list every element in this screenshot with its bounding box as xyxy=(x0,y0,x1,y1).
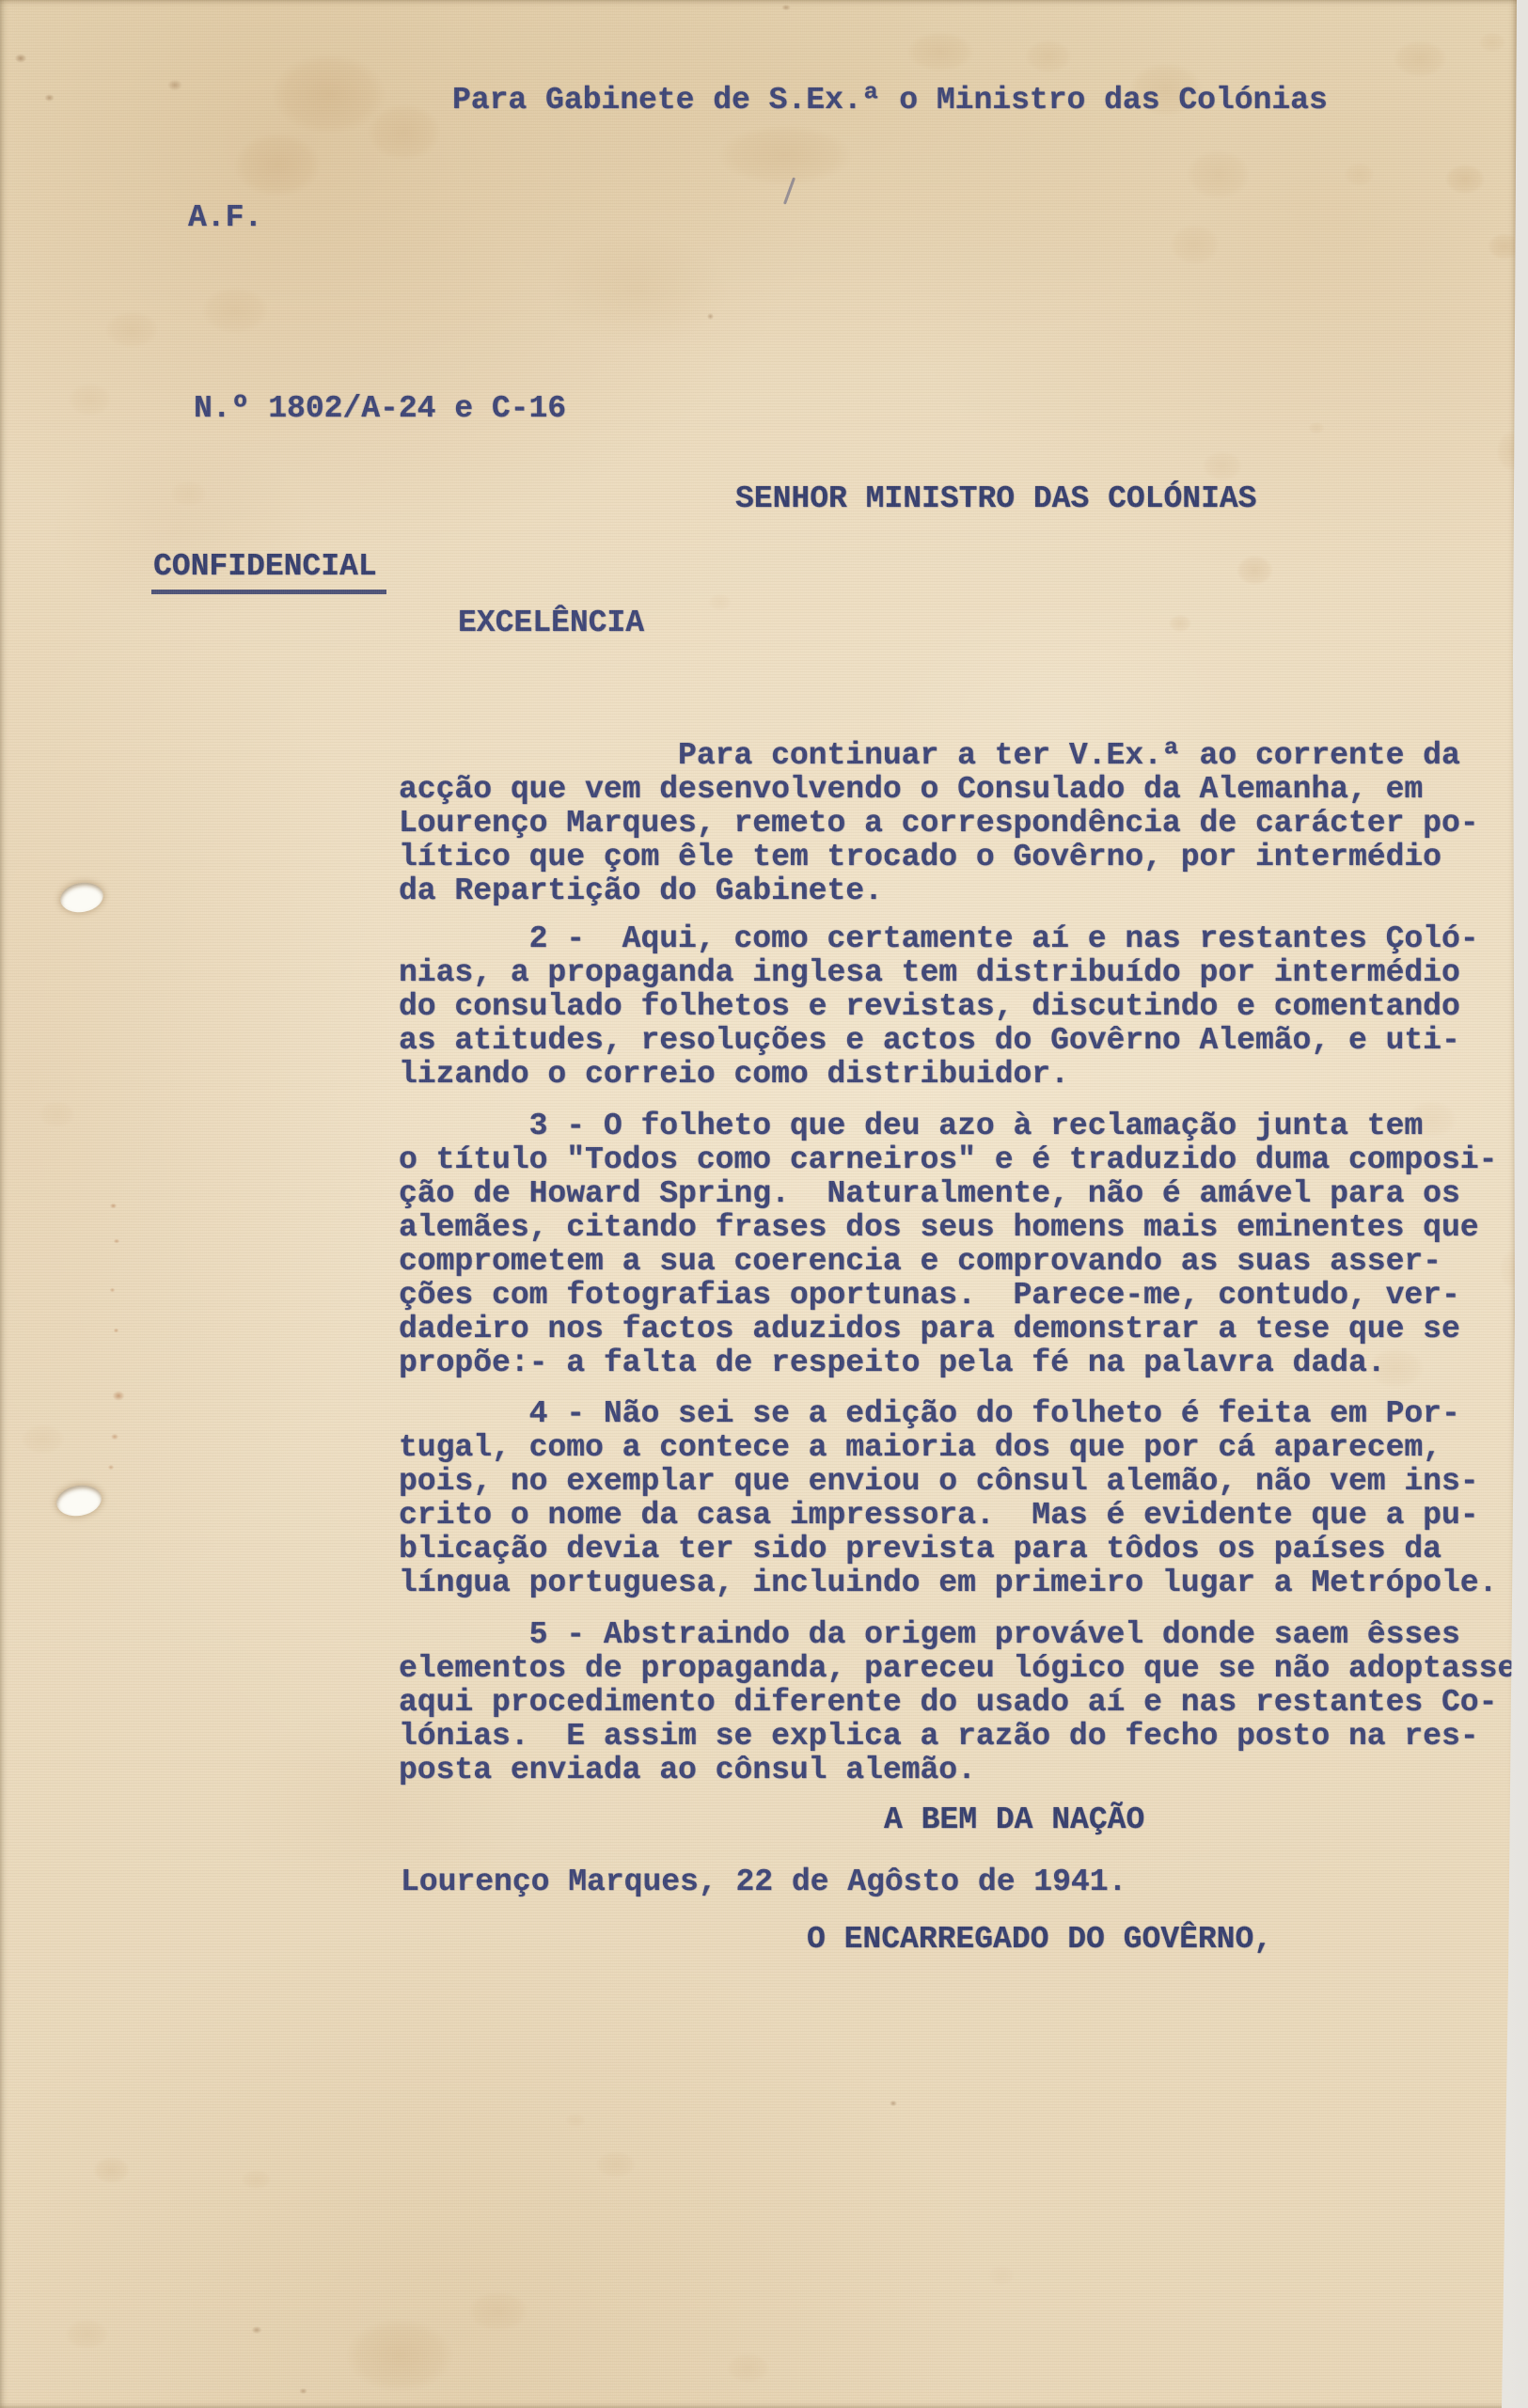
signature-line: O ENCARREGADO DO GOVÊRNO, xyxy=(807,1923,1272,1957)
ink-speck xyxy=(780,4,792,11)
paper-stain xyxy=(1159,216,1230,273)
ink-speck xyxy=(43,93,55,102)
punch-hole-top xyxy=(58,879,106,916)
paper-stain xyxy=(1164,611,1196,636)
paper-stain xyxy=(1437,158,1493,200)
ink-speck xyxy=(706,312,715,321)
paper-stain xyxy=(324,2304,475,2407)
rust-spot xyxy=(107,1464,115,1471)
paper-stain xyxy=(56,2313,118,2355)
paper-stain xyxy=(1493,1241,1528,1298)
rust-spot xyxy=(113,1238,120,1244)
paper-stain xyxy=(983,2261,1020,2290)
paper-stain xyxy=(691,113,879,197)
paper-stain xyxy=(1490,423,1528,480)
reference-number: N.º 1802/A-24 e C-16 xyxy=(194,392,566,426)
paragraph-1: Para continuar a ter V.Ex.ª ao corrente … xyxy=(399,739,1479,908)
paper-stain xyxy=(188,277,282,343)
paragraph-3: 3 - O folheto que deu azo à reclamação j… xyxy=(399,1110,1497,1380)
scanned-letter: Para Gabinete de S.Ex.ª o Ministro das C… xyxy=(0,0,1528,2408)
paragraph-5: 5 - Abstraindo da origem provável donde … xyxy=(399,1618,1516,1787)
paper-stain xyxy=(561,2111,590,2130)
salutation: EXCELÊNCIA xyxy=(458,606,644,640)
classification-stamp: CONFIDENCIAL xyxy=(153,550,386,584)
rust-spot xyxy=(111,1390,126,1402)
paper-stain xyxy=(1473,28,1511,56)
punch-hole-bottom xyxy=(55,1482,104,1519)
paper-stain xyxy=(1382,33,1457,85)
ink-speck xyxy=(165,78,184,92)
paragraph-4: 4 - Não sei se a edição do folheto é fei… xyxy=(399,1397,1497,1600)
paper-stain xyxy=(1338,158,1380,191)
paper-stain xyxy=(353,92,456,172)
rust-spot xyxy=(109,1203,118,1209)
motto: A BEM DA NAÇÃO xyxy=(884,1803,1144,1837)
paper-stain xyxy=(703,590,736,614)
rust-spot xyxy=(113,1328,119,1333)
rust-spot xyxy=(109,1287,116,1293)
paper-stain xyxy=(59,376,120,423)
paper-stain xyxy=(86,2151,137,2189)
paragraph-2: 2 - Aqui, como certamente aí e nas resta… xyxy=(399,922,1479,1092)
paper-stain xyxy=(717,2347,779,2389)
paper-stain xyxy=(1305,419,1328,436)
paper-sheet: Para Gabinete de S.Ex.ª o Ministro das C… xyxy=(0,0,1517,2408)
paper-stain xyxy=(588,2146,644,2183)
paper-stain xyxy=(216,120,339,210)
paper-stain xyxy=(456,2283,541,2339)
ink-speck xyxy=(889,2100,898,2107)
paper-stain xyxy=(12,1418,73,1460)
paper-stain xyxy=(163,475,214,512)
paper-stain xyxy=(1016,33,1081,80)
paper-stain xyxy=(249,38,409,150)
ink-speck xyxy=(250,2325,263,2335)
rust-spot xyxy=(110,1433,119,1440)
classification-label: CONFIDENCIAL xyxy=(151,549,386,594)
place-date-line: Lourenço Marques, 22 de Agôsto de 1941. xyxy=(401,1865,1126,1899)
paper-stain xyxy=(1194,445,1251,487)
addressee-line: SENHOR MINISTRO DAS COLÓNIAS xyxy=(735,482,1257,516)
paper-stain xyxy=(1481,228,1528,265)
paper-stain xyxy=(94,304,169,355)
initials: A.F. xyxy=(188,201,262,235)
paper-stain xyxy=(1229,549,1281,591)
ink-speck xyxy=(13,53,28,64)
paper-stain xyxy=(31,1095,83,1133)
ink-speck xyxy=(298,2387,308,2395)
paper-stain xyxy=(1174,139,1263,210)
paper-stain xyxy=(235,2165,277,2194)
paper-stain xyxy=(893,24,987,80)
routing-header: Para Gabinete de S.Ex.ª o Ministro das C… xyxy=(452,84,1328,118)
pencil-slash-mark xyxy=(783,177,796,204)
